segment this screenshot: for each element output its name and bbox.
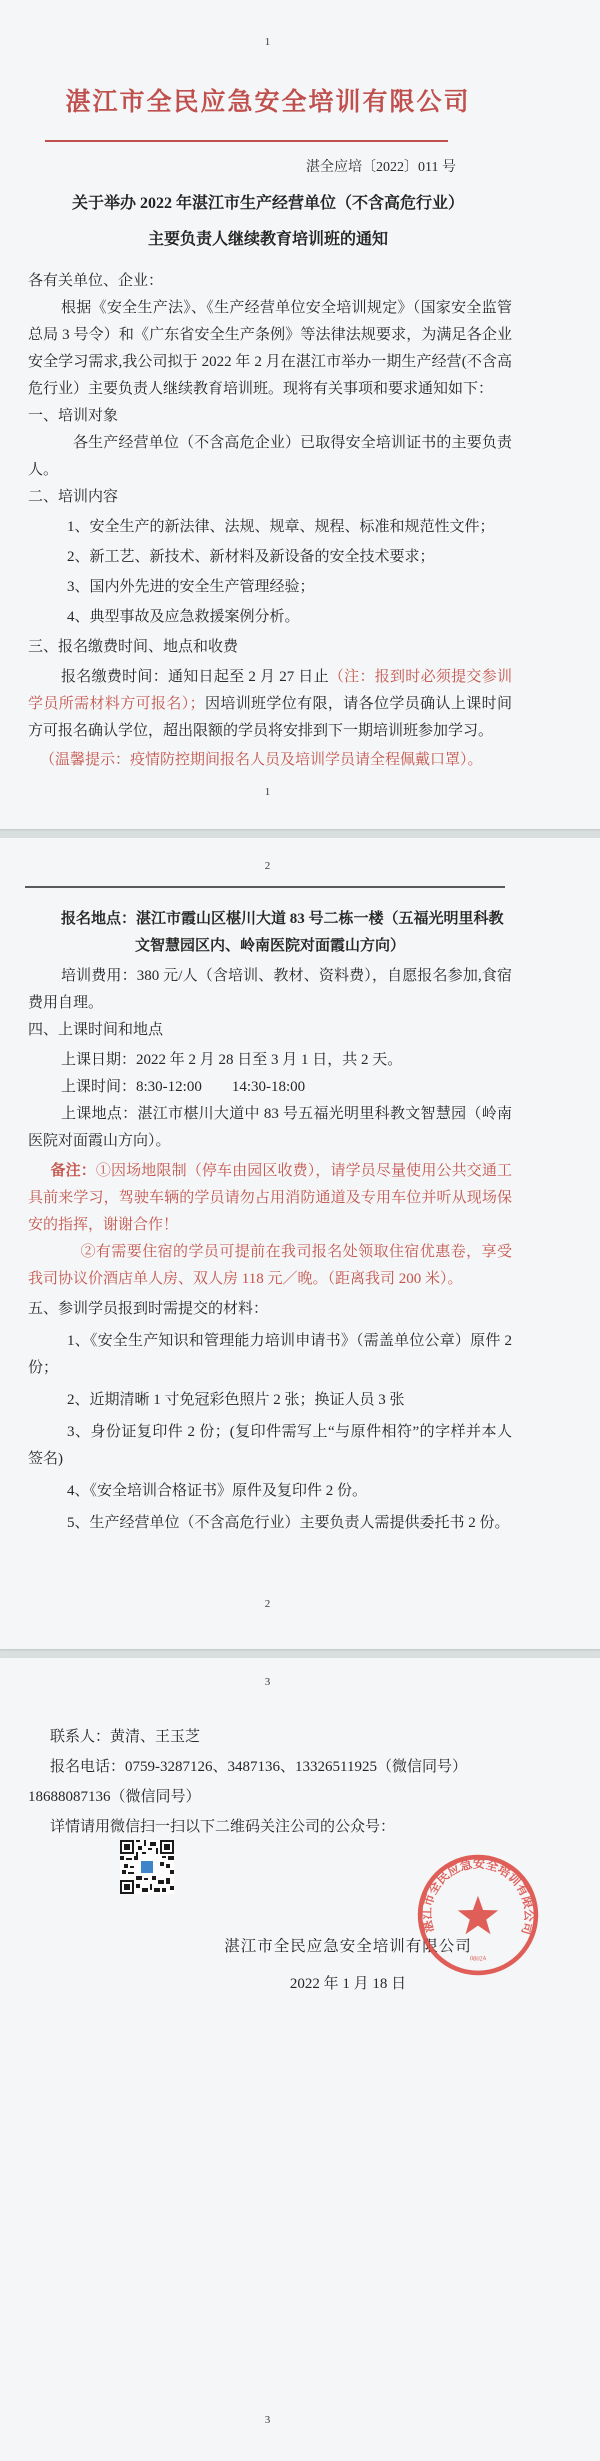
salutation: 各有关单位、企业： [28,268,512,295]
class-time: 上课时间：8:30-12:00 14:30-18:00 [28,1074,512,1101]
intro-paragraph: 根据《安全生产法》、《生产经营单位安全培训规定》（国家安全监管总局 3 号令）和… [28,295,512,403]
page3-bottom-marker: 3 [28,2414,508,2426]
note-1-text: ①因场地限制（停车由园区收费），请学员尽量使用公共交通工具前来学习，驾驶车辆的学… [28,1163,512,1233]
company-seal: 湛江市全民应急安全培训有限公司 08024 [415,1852,541,1978]
page1-body: 各有关单位、企业： 根据《安全生产法》、《生产经营单位安全培训规定》（国家安全监… [28,268,512,774]
page3-top-marker: 3 [28,1676,508,1688]
registration-address-line1: 报名地点：湛江市霞山区椹川大道 83 号二栋一楼（五福光明里科教 [28,906,512,933]
wechat-qrcode [120,1840,174,1894]
section1-body: 各生产经营单位（不含高危企业）已取得安全培训证书的主要负责人。 [28,430,512,484]
registration-paragraph: 报名缴费时间：通知日起至 2 月 27 日止（注：报到时必须提交参训学员所需材料… [28,664,512,745]
material-item: 4、《安全培训合格证书》原件及复印件 2 份。 [28,1478,512,1505]
seal-star-icon [458,1896,498,1935]
registration-time-text: 报名缴费时间：通知日起至 2 月 27 日止 [61,669,329,685]
class-date: 上课日期：2022 年 2 月 28 日至 3 月 1 日，共 2 天。 [28,1047,512,1074]
training-item: 1、安全生产的新法律、法规、规章、规程、标准和规范性文件； [28,514,512,541]
page-3: 3 联系人：黄清、王玉芝 报名电话：0759-3287126、3487136、1… [0,1658,600,2461]
qr-hint: 详情请用微信扫一扫以下二维码关注公司的公众号： [28,1812,528,1842]
page1-top-marker: 1 [28,36,508,48]
scanned-notice-document: 1 湛江市全民应急安全培训有限公司 湛全应培〔2022〕011 号 关于举办 2… [0,0,600,2461]
letterhead-rule [45,140,448,142]
material-item: 2、近期清晰 1 寸免冠彩色照片 2 张；换证人员 3 张 [28,1387,512,1414]
section5-heading: 五、参训学员报到时需提交的材料： [28,1296,512,1323]
class-place: 上课地点：湛江市椹川大道中 83 号五福光明里科教文智慧园（岭南医院对面霞山方向… [28,1101,512,1155]
section3-heading: 三、报名缴费时间、地点和收费 [28,634,512,661]
contact-block: 联系人：黄清、王玉芝 报名电话：0759-3287126、3487136、133… [28,1722,528,1842]
fee-paragraph: 培训费用：380 元/人（含培训、教材、资料费），自愿报名参加,食宿费用自理。 [28,963,512,1017]
phone-number-2: 18688087136（微信同号） [28,1782,528,1812]
doc-title-line2: 主要负责人继续教育培训班的通知 [28,226,508,249]
svg-text:08024: 08024 [469,1955,487,1963]
page2-header-rule [25,886,505,888]
qrcode-logo [141,1861,153,1873]
page-2: 2 报名地点：湛江市霞山区椹川大道 83 号二栋一楼（五福光明里科教 文智慧园区… [0,838,600,1649]
section4-heading: 四、上课时间和地点 [28,1017,512,1044]
training-item: 2、新工艺、新技术、新材料及新设备的安全技术要求； [28,544,512,571]
material-item: 1、《安全生产知识和管理能力培训申请书》（需盖单位公章）原件 2 份； [28,1328,512,1382]
training-item: 3、国内外先进的安全生产管理经验； [28,574,512,601]
material-item: 5、生产经营单位（不含高危行业）主要负责人需提供委托书 2 份。 [28,1510,512,1537]
section1-heading: 一、培训对象 [28,403,512,430]
note-2: ②有需要住宿的学员可提前在我司报名处领取住宿优惠卷，享受我司协议价酒店单人房、双… [28,1239,512,1293]
seal-code: 08024 [469,1955,487,1963]
training-item: 4、典型事故及应急救援案例分析。 [28,604,512,631]
page2-top-marker: 2 [28,860,508,872]
page1-bottom-marker: 1 [28,786,508,798]
doc-title-line1: 关于举办 2022 年湛江市生产经营单位（不含高危行业） [28,190,508,213]
page-1: 1 湛江市全民应急安全培训有限公司 湛全应培〔2022〕011 号 关于举办 2… [0,0,600,829]
letterhead-org-title: 湛江市全民应急安全培训有限公司 [28,82,508,118]
phone-numbers: 报名电话：0759-3287126、3487136、13326511925（微信… [28,1752,528,1782]
document-number: 湛全应培〔2022〕011 号 [28,156,508,176]
section2-heading: 二、培训内容 [28,484,512,511]
covid-reminder: （温馨提示：疫情防控期间报名人员及培训学员请全程佩戴口罩）。 [28,747,512,774]
note-label: 备注： [51,1163,96,1179]
page2-body: 报名地点：湛江市霞山区椹川大道 83 号二栋一楼（五福光明里科教 文智慧园区内、… [28,906,512,1537]
page2-bottom-marker: 2 [28,1598,508,1610]
material-item: 3、身份证复印件 2 份；(复印件需写上“与原件相符”的字样并本人签名) [28,1419,512,1473]
note-1: 备注：①因场地限制（停车由园区收费），请学员尽量使用公共交通工具前来学习，驾驶车… [28,1158,512,1239]
registration-address-line2: 文智慧园区内、岭南医院对面霞山方向） [28,933,512,960]
contact-person: 联系人：黄清、王玉芝 [28,1722,528,1752]
